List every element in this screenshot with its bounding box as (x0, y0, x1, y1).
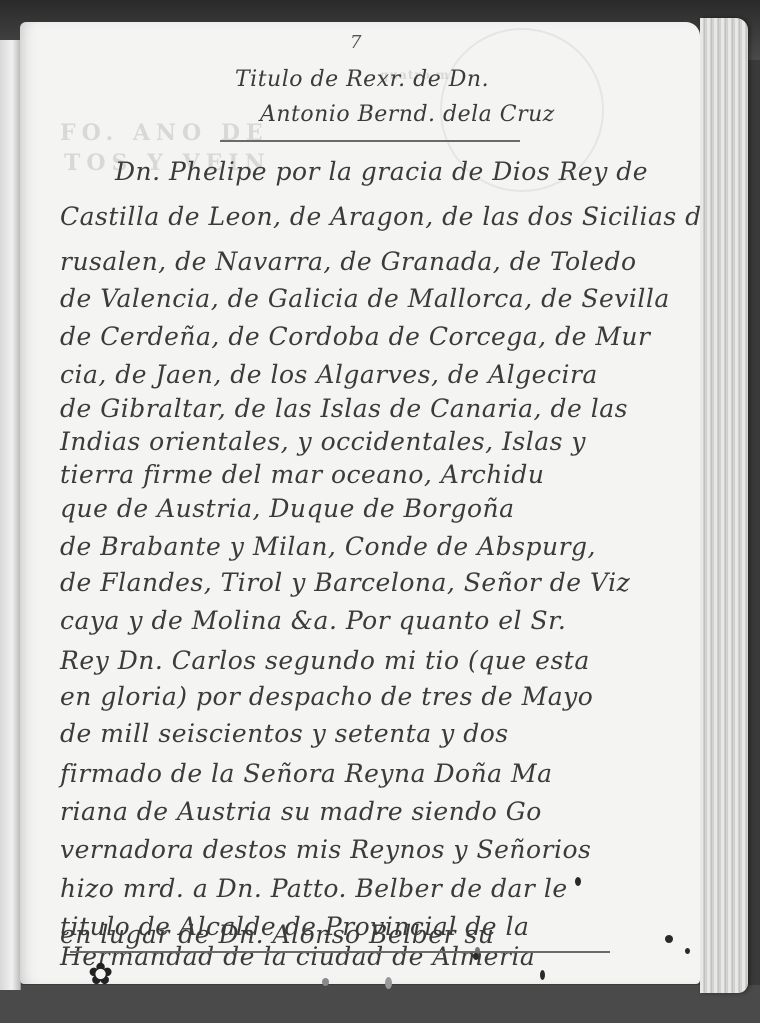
text-line-11: de Brabante y Milan, Conde de Abspurg, (60, 532, 596, 561)
text-line-7: de Gibraltar, de las Islas de Canaria, d… (60, 394, 628, 423)
text-line-20: hizo mrd. a Dn. Patto. Belber de dar le (60, 874, 568, 903)
text-line-16: de mill seiscientos y setenta y dos (60, 719, 509, 748)
text-line-9: tierra firme del mar oceano, Archidu (60, 460, 545, 489)
text-line-18: riana de Austria su madre siendo Go (60, 797, 542, 826)
rubric-flourish-icon: ✿ (88, 957, 113, 984)
worm-hole (385, 977, 392, 989)
text-line-4: de Valencia, de Galicia de Mallorca, de … (60, 284, 670, 313)
page-stack-edge (700, 18, 748, 993)
text-line-6: cia, de Jaen, de los Algarves, de Algeci… (60, 360, 598, 389)
heading-underline (220, 140, 520, 142)
text-line-3: rusalen, de Navarra, de Granada, de Tole… (60, 247, 637, 276)
text-line-1: Dn. Phelipe por la gracia de Dios Rey de (115, 157, 648, 186)
worm-hole (665, 935, 673, 943)
left-page-edge (0, 40, 21, 990)
heading-line-1: Titulo de Rexr. de Dn. (235, 67, 489, 92)
bleed-through-stamp-line-1: FO. ANO DE (60, 120, 269, 146)
worm-hole (322, 978, 329, 986)
text-line-15: en gloria) por despacho de tres de Mayo (60, 682, 593, 711)
text-line-14: Rey Dn. Carlos segundo mi tio (que esta (60, 646, 590, 675)
text-line-17: firmado de la Señora Reyna Doña Ma (60, 759, 553, 788)
text-line-5: de Cerdeña, de Cordoba de Corcega, de Mu… (60, 322, 650, 351)
ink-spot (575, 877, 581, 886)
manuscript-page: FO. ANO DE TOS Y VEIN quatro m. 7 Titulo… (20, 22, 700, 984)
folio-mark: 7 (350, 32, 361, 53)
text-line-10: que de Austria, Duque de Borgoña (60, 494, 515, 523)
worm-hole (540, 970, 545, 980)
text-line-13: caya y de Molina &a. Por quanto el Sr. (60, 606, 566, 635)
text-line-8: Indias orientales, y occidentales, Islas… (60, 427, 586, 456)
closing-underline (70, 951, 610, 953)
scan-background-bottom (0, 985, 760, 1023)
worm-hole (685, 948, 690, 954)
heading-line-2: Antonio Bernd. dela Cruz (260, 102, 555, 127)
text-line-2: Castilla de Leon, de Aragon, de las dos … (60, 202, 700, 231)
text-line-23: en lugar de Dn. Alonso Belber su (60, 920, 494, 949)
text-line-12: de Flandes, Tirol y Barcelona, Señor de … (60, 568, 630, 597)
worm-hole (473, 953, 479, 960)
text-line-19: vernadora destos mis Reynos y Señorios (60, 835, 591, 864)
